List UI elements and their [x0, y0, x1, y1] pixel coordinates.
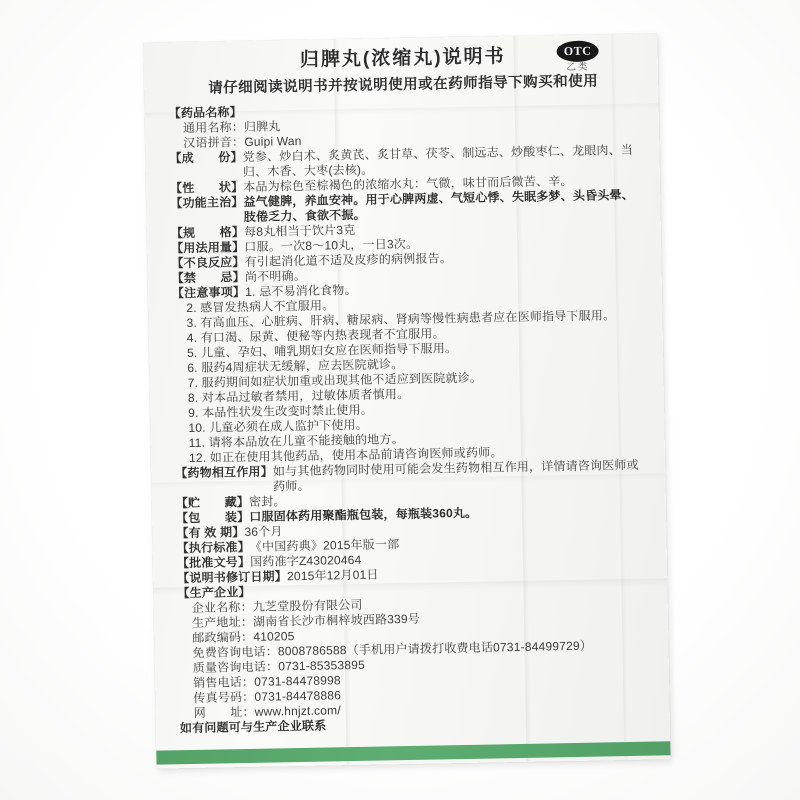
field-key: 免费咨询电话： — [192, 644, 278, 661]
otc-badge: OTC 乙类 — [553, 40, 602, 73]
entry-label: 【说明书修订日期】 — [177, 569, 287, 586]
leaflet-content: 归脾丸(浓缩丸)说明书 OTC 乙类 请仔细阅读说明书并按说明使用或在药师指导下… — [143, 33, 670, 736]
entry-label: 【禁 忌】 — [172, 270, 245, 286]
entry-label: 【用法用量】 — [171, 240, 244, 256]
field-key: 通用名称： — [183, 120, 244, 136]
field-key: 质量咨询电话： — [193, 659, 279, 676]
entry-label: 【贮 藏】 — [176, 495, 249, 511]
otc-icon: OTC — [556, 40, 598, 62]
page-title: 归脾丸(浓缩丸)说明书 — [300, 46, 506, 72]
section-label: 【药品名称】 — [169, 105, 242, 121]
section-label: 【注意事项】 — [172, 285, 245, 301]
field-key: 汉语拼音： — [183, 135, 244, 151]
entry-label: 【不良反应】 — [171, 255, 244, 271]
field-key: 生产地址： — [192, 615, 253, 631]
leaflet-paper: 归脾丸(浓缩丸)说明书 OTC 乙类 请仔细阅读说明书并按说明使用或在药师指导下… — [143, 33, 670, 768]
field-key: 传真号码： — [193, 690, 254, 706]
bottom-green-bar — [156, 741, 670, 764]
leaflet-photo: 归脾丸(浓缩丸)说明书 OTC 乙类 请仔细阅读说明书并按说明使用或在药师指导下… — [0, 0, 800, 800]
field-key: 邮政编码： — [192, 630, 253, 646]
entry-label: 【成 份】 — [169, 150, 242, 166]
entry-label: 【执行标准】 — [177, 540, 250, 556]
usage-notice: 请仔细阅读说明书并按说明使用或在药师指导下购买和使用 — [168, 72, 638, 99]
field-key: 网 址： — [194, 705, 255, 721]
entry-label: 【性 状】 — [170, 180, 243, 196]
otc-class-label: 乙类 — [554, 61, 602, 73]
entry-label: 【有 效 期】 — [176, 525, 244, 541]
entry-label: 【功能主治】 — [170, 195, 243, 211]
section-label: 【生产企业】 — [177, 585, 250, 601]
entry-label: 【包 装】 — [176, 510, 249, 526]
field-key: 企业名称： — [192, 600, 253, 616]
section-label: 【药物相互作用】 — [175, 464, 273, 481]
entry-label: 【规 格】 — [171, 225, 244, 241]
entry-label: 【批准文号】 — [177, 555, 250, 571]
field-key: 销售电话： — [193, 675, 254, 691]
